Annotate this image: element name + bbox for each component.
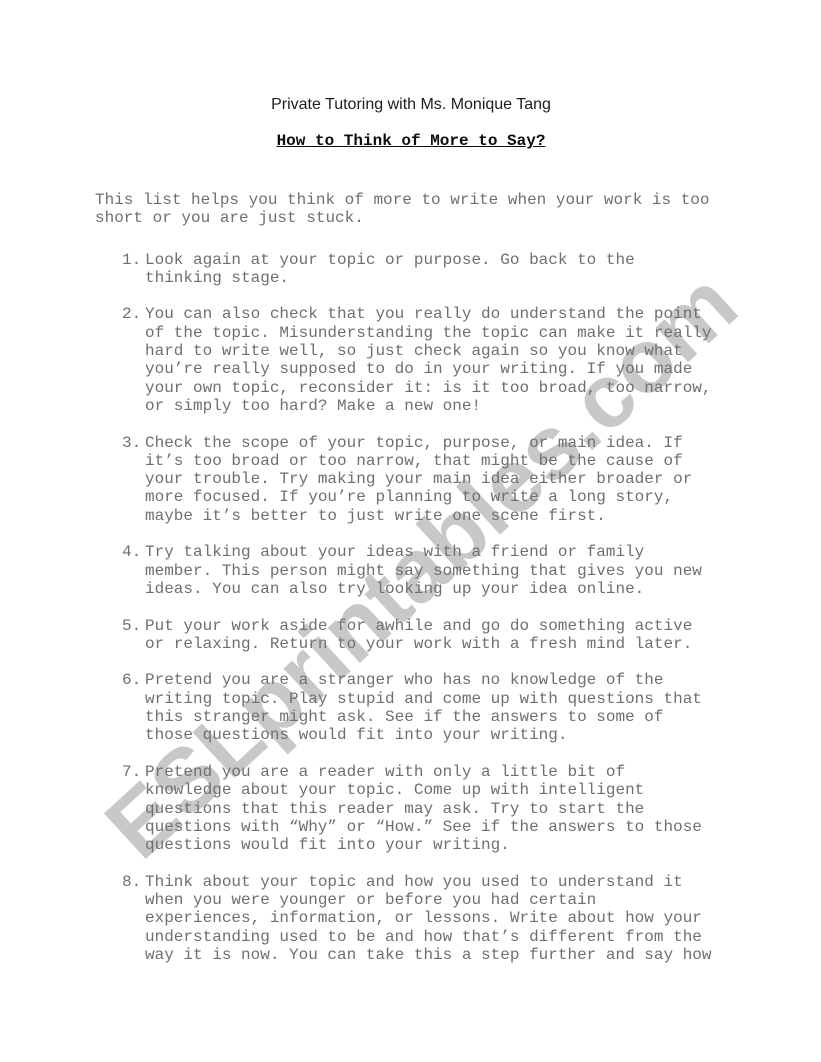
list-item: 4. Try talking about your ideas with a f… bbox=[95, 543, 727, 598]
tips-list: 1. Look again at your topic or purpose. … bbox=[95, 251, 727, 965]
list-item-text: Look again at your topic or purpose. Go … bbox=[145, 251, 717, 288]
document-heading: How to Think of More to Say? bbox=[95, 132, 727, 150]
intro-paragraph: This list helps you think of more to wri… bbox=[95, 191, 727, 228]
list-item: 3. Check the scope of your topic, purpos… bbox=[95, 434, 727, 525]
list-item-number: 8. bbox=[122, 873, 141, 891]
list-item-number: 6. bbox=[122, 671, 141, 689]
worksheet-page: ESLprintables.com Private Tutoring with … bbox=[0, 0, 821, 1062]
list-item: 7. Pretend you are a reader with only a … bbox=[95, 763, 727, 854]
list-item: 2. You can also check that you really do… bbox=[95, 305, 727, 415]
list-item: 5. Put your work aside for awhile and go… bbox=[95, 617, 727, 654]
list-item: 6. Pretend you are a stranger who has no… bbox=[95, 671, 727, 744]
list-item-text: Pretend you are a reader with only a lit… bbox=[145, 763, 717, 854]
list-item-text: Think about your topic and how you used … bbox=[145, 873, 717, 964]
list-item-number: 4. bbox=[122, 543, 141, 561]
document-content: Private Tutoring with Ms. Monique Tang H… bbox=[95, 96, 727, 982]
list-item-number: 5. bbox=[122, 617, 141, 635]
page-title: Private Tutoring with Ms. Monique Tang bbox=[95, 96, 727, 113]
list-item-number: 3. bbox=[122, 434, 141, 452]
list-item-number: 1. bbox=[122, 251, 141, 269]
list-item-text: Pretend you are a stranger who has no kn… bbox=[145, 671, 717, 744]
list-item: 8. Think about your topic and how you us… bbox=[95, 873, 727, 964]
list-item-number: 7. bbox=[122, 763, 141, 781]
list-item-text: Try talking about your ideas with a frie… bbox=[145, 543, 717, 598]
list-item: 1. Look again at your topic or purpose. … bbox=[95, 251, 727, 288]
list-item-text: You can also check that you really do un… bbox=[145, 305, 717, 415]
list-item-number: 2. bbox=[122, 305, 141, 323]
list-item-text: Put your work aside for awhile and go do… bbox=[145, 617, 717, 654]
list-item-text: Check the scope of your topic, purpose, … bbox=[145, 434, 717, 525]
